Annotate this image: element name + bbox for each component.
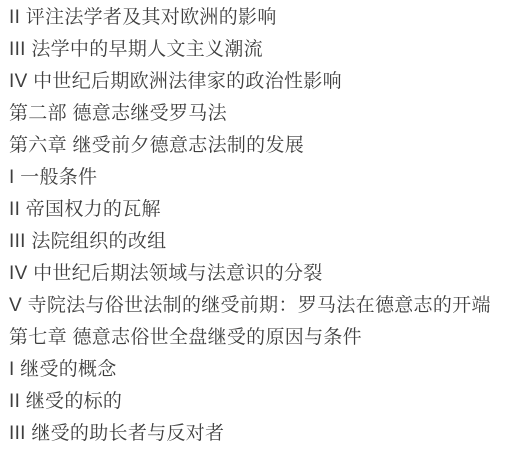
toc-line: IV 中世纪后期法领域与法意识的分裂 [9,258,522,290]
toc-line: III 继受的助长者与反对者 [9,418,522,450]
toc-line: II 评注法学者及其对欧洲的影响 [9,2,522,34]
toc-line: I 继受的概念 [9,354,522,386]
toc-line-part-heading: 第二部 德意志继受罗马法 [9,98,522,130]
toc-line-chapter-heading: 第六章 继受前夕德意志法制的发展 [9,130,522,162]
toc-line: II 继受的标的 [9,386,522,418]
toc-line: III 法院组织的改组 [9,226,522,258]
toc-line-chapter-heading: 第七章 德意志俗世全盘继受的原因与条件 [9,322,522,354]
toc-line: I 一般条件 [9,162,522,194]
toc-line: II 帝国权力的瓦解 [9,194,522,226]
toc-line: IV 中世纪后期欧洲法律家的政治性影响 [9,66,522,98]
toc-line: V 寺院法与俗世法制的继受前期：罗马法在德意志的开端 [9,290,522,322]
table-of-contents: II 评注法学者及其对欧洲的影响 III 法学中的早期人文主义潮流 IV 中世纪… [0,0,528,450]
toc-line: III 法学中的早期人文主义潮流 [9,34,522,66]
